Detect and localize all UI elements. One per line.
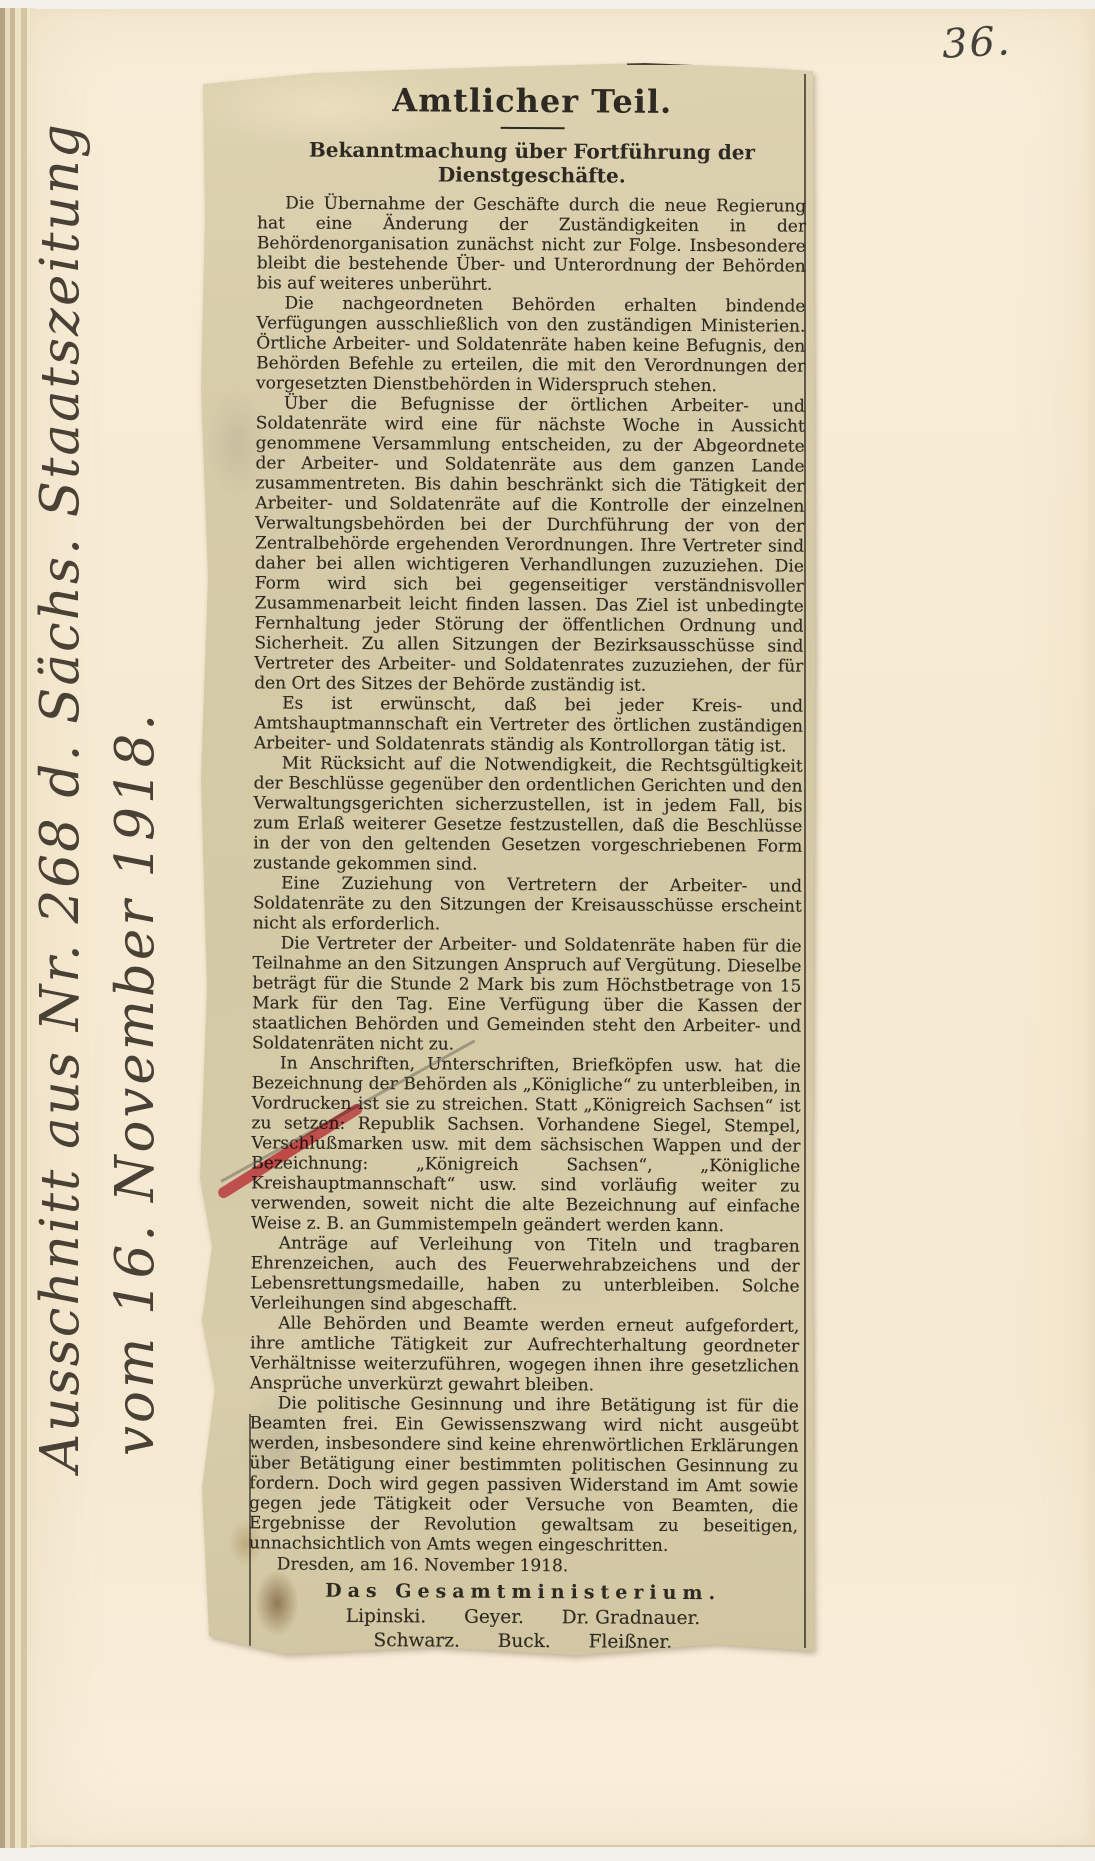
ink-smudge	[285, 1238, 435, 1328]
column-rule-top-fragment	[627, 62, 809, 65]
ministry-name: Das Gesamtministerium.	[249, 1579, 798, 1604]
annotation-line-1: Ausschnitt aus Nr. 268 d. Sächs. Staatsz…	[30, 262, 91, 1472]
signature: Buck.	[498, 1631, 551, 1652]
stain	[255, 1570, 299, 1636]
article-paragraph: Über die Befugnisse der örtlichen Arbeit…	[254, 393, 805, 696]
article-paragraph: Die politische Gesinnung und ihre Betäti…	[249, 1393, 799, 1556]
column-rule-top-fragment	[295, 65, 337, 68]
article-paragraph: Eine Zuziehung von Vertretern der Arbeit…	[253, 873, 802, 936]
scanned-album-page: 36. Ausschnitt aus Nr. 268 d. Sächs. Sta…	[0, 0, 1095, 1861]
article-paragraph: In Anschriften, Unterschriften, Briefköp…	[251, 1053, 801, 1236]
signature: Fleißner.	[589, 1631, 673, 1653]
signature: Dr. Gradnauer.	[562, 1607, 701, 1629]
clipping-text-column: Amtlicher Teil. Bekanntmachung über Fort…	[248, 70, 807, 1697]
article-paragraph: Die Übernahme der Geschäfte durch die ne…	[257, 193, 807, 296]
article-paragraph: Es ist erwünscht, daß bei jeder Kreis- u…	[254, 693, 803, 756]
article-body: Die Übernahme der Geschäfte durch die ne…	[249, 193, 806, 1556]
stain	[229, 1520, 263, 1566]
handwritten-annotation: Ausschnitt aus Nr. 268 d. Sächs. Staatsz…	[30, 262, 166, 1472]
article-paragraph: Alle Behörden und Beamte werden erneut a…	[250, 1313, 799, 1396]
signature-row: Schwarz. Buck. Fleißner.	[248, 1628, 797, 1655]
article-paragraph: Die Vertreter der Arbeiter- und Soldaten…	[252, 933, 802, 1056]
ink-smudge	[239, 1388, 319, 1508]
signature: Lipinski.	[346, 1606, 427, 1627]
annotation-line-2: vom 16. November 1918.	[105, 262, 166, 1472]
clipping-paper: Amtlicher Teil. Bekanntmachung über Fort…	[195, 58, 817, 1660]
page-number: 36.	[941, 18, 1013, 68]
newspaper-clipping: Amtlicher Teil. Bekanntmachung über Fort…	[195, 58, 817, 1660]
article-paragraph: Mit Rücksicht auf die Notwendigkeit, die…	[253, 753, 803, 876]
ink-smudge	[207, 388, 267, 498]
article-paragraph: Die nachgeordneten Behörden erhalten bin…	[256, 293, 806, 396]
dateline: Dresden, am 16. November 1918.	[249, 1554, 798, 1578]
article-headline: Bekanntmachung über Fortführung der Dien…	[257, 137, 806, 188]
signature: Schwarz.	[374, 1630, 460, 1652]
header-rule	[500, 127, 564, 129]
signature-row: Lipinski. Geyer. Dr. Gradnauer.	[248, 1604, 797, 1631]
signature: Geyer.	[464, 1607, 524, 1628]
section-header: Amtlicher Teil.	[258, 80, 807, 121]
